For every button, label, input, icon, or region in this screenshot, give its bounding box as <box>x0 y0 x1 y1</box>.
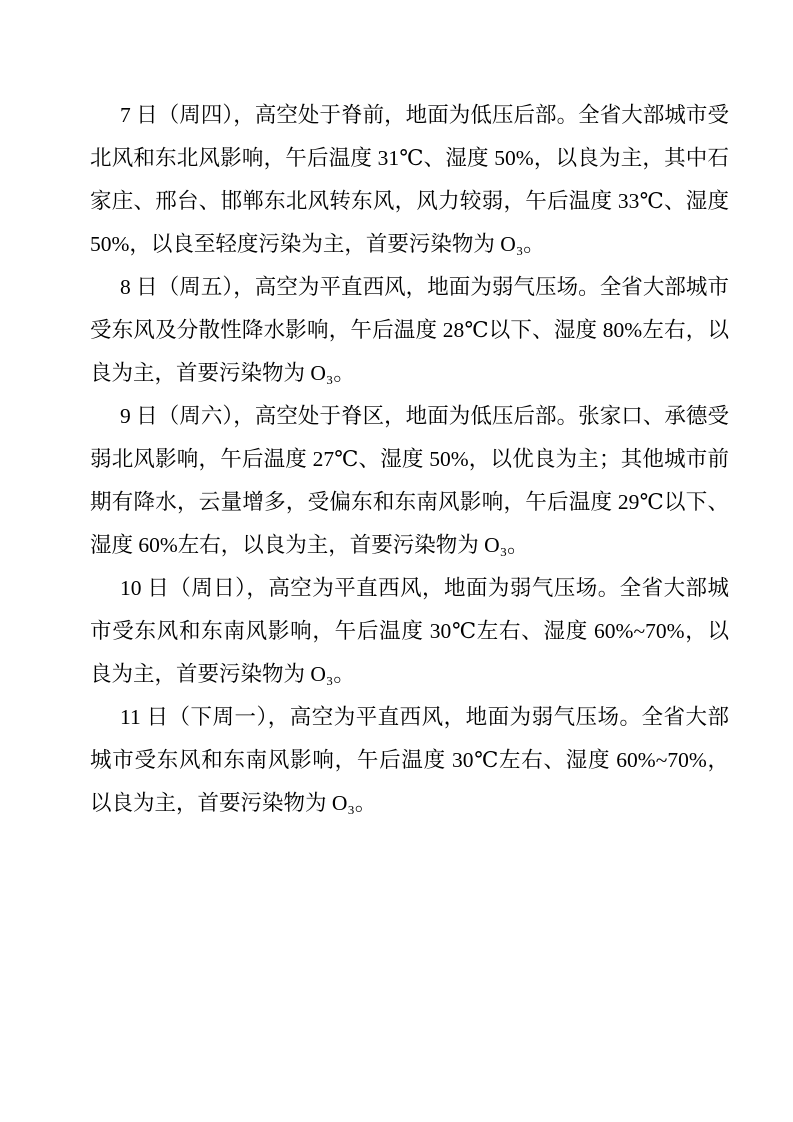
forecast-paragraph-day7: 7 日（周四），高空处于脊前，地面为低压后部。全省大部城市受北风和东北风影响，午… <box>90 94 729 266</box>
forecast-paragraph-day11: 11 日（下周一），高空为平直西风，地面为弱气压场。全省大部城市受东风和东南风影… <box>90 696 729 825</box>
forecast-paragraph-day8: 8 日（周五），高空为平直西风，地面为弱气压场。全省大部城市受东风及分散性降水影… <box>90 266 729 395</box>
document-page: 7 日（周四），高空处于脊前，地面为低压后部。全省大部城市受北风和东北风影响，午… <box>0 0 793 1122</box>
forecast-paragraph-day9: 9 日（周六），高空处于脊区，地面为低压后部。张家口、承德受弱北风影响，午后温度… <box>90 395 729 567</box>
forecast-text-block: 7 日（周四），高空处于脊前，地面为低压后部。全省大部城市受北风和东北风影响，午… <box>90 94 729 825</box>
forecast-paragraph-day10: 10 日（周日），高空为平直西风，地面为弱气压场。全省大部城市受东风和东南风影响… <box>90 567 729 696</box>
